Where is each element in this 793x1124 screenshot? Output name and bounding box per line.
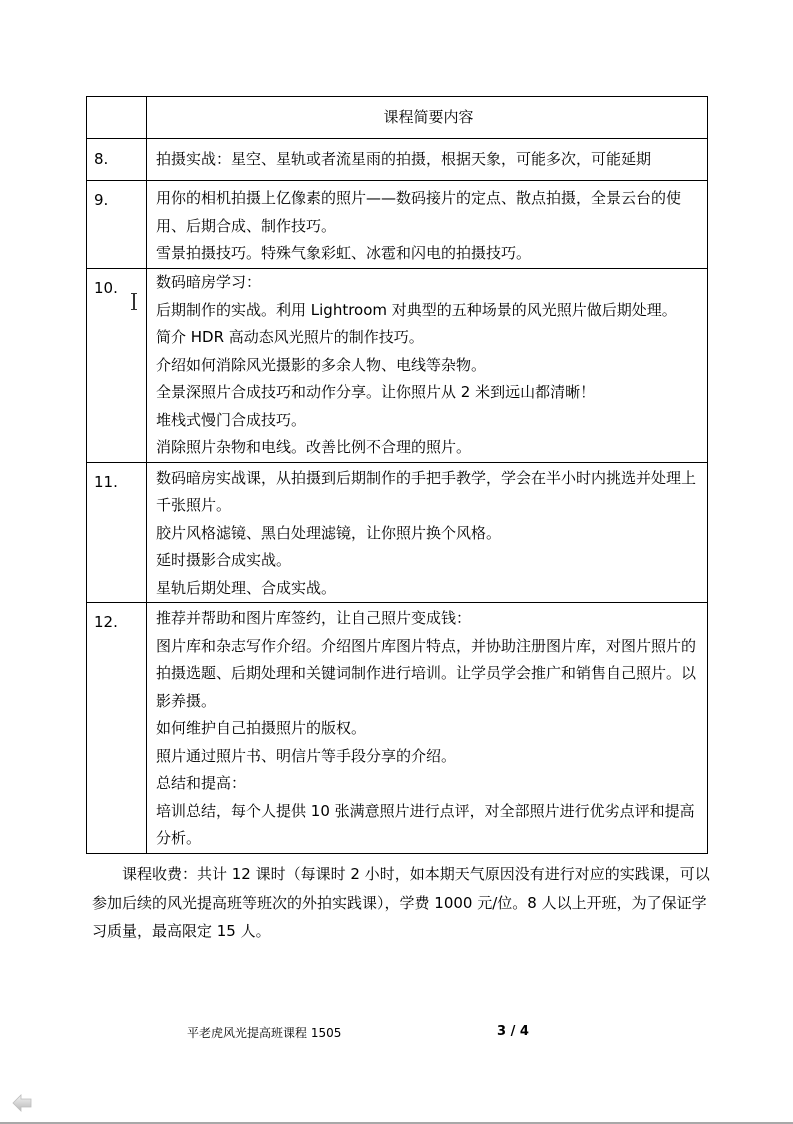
table-row: 8. 拍摄实战：星空、星轨或者流星雨的拍摄，根据天象，可能多次，可能延期 xyxy=(87,139,708,181)
content-line: 堆栈式慢门合成技巧。 xyxy=(156,407,701,435)
content-line: 延时摄影合成实战。 xyxy=(156,547,701,575)
page-indicator: 3 / 4 xyxy=(497,1024,529,1039)
row-content: 拍摄实战：星空、星轨或者流星雨的拍摄，根据天象，可能多次，可能延期 xyxy=(147,139,708,181)
content-line: 简介 HDR 高动态风光照片的制作技巧。 xyxy=(156,324,701,352)
content-line: 数码暗房实战课，从拍摄到后期制作的手把手教学，学会在半小时内挑选并处理上千张照片… xyxy=(156,465,701,520)
content-line: 星轨后期处理、合成实战。 xyxy=(156,575,701,603)
table-row: 9. 用你的相机拍摄上亿像素的照片——数码接片的定点、散点拍摄，全景云台的使用、… xyxy=(87,181,708,269)
table-row: 11. 数码暗房实战课，从拍摄到后期制作的手把手教学，学会在半小时内挑选并处理上… xyxy=(87,462,708,603)
document-page: 课程简要内容 8. 拍摄实战：星空、星轨或者流星雨的拍摄，根据天象，可能多次，可… xyxy=(0,0,793,1124)
row-number: 9. xyxy=(87,181,147,269)
row-content: 数码暗房学习： 后期制作的实战。利用 Lightroom 对典型的五种场景的风光… xyxy=(147,269,708,463)
content-line: 数码暗房学习： xyxy=(156,269,701,297)
content-line: 总结和提高： xyxy=(156,770,701,798)
row-number: 11. xyxy=(87,462,147,603)
table-row: 12. 推荐并帮助和图片库签约，让自己照片变成钱： 图片库和杂志写作介绍。介绍图… xyxy=(87,603,708,854)
text-cursor-icon xyxy=(131,293,137,310)
content-line: 培训总结，每个人提供 10 张满意照片进行点评，对全部照片进行优劣点评和提高分析… xyxy=(156,798,701,853)
row-number: 8. xyxy=(87,139,147,181)
content-line: 用你的相机拍摄上亿像素的照片——数码接片的定点、散点拍摄，全景云台的使用、后期合… xyxy=(156,185,701,240)
content-line: 胶片风格滤镜、黑白处理滤镜，让你照片换个风格。 xyxy=(156,520,701,548)
content-line: 全景深照片合成技巧和动作分享。让你照片从 2 米到远山都清晰！ xyxy=(156,379,701,407)
content-line: 推荐并帮助和图片库签约，让自己照片变成钱： xyxy=(156,605,701,633)
content-line: 后期制作的实战。利用 Lightroom 对典型的五种场景的风光照片做后期处理。 xyxy=(156,297,701,325)
course-table: 课程简要内容 8. 拍摄实战：星空、星轨或者流星雨的拍摄，根据天象，可能多次，可… xyxy=(86,96,708,854)
row-number: 10. xyxy=(87,269,147,463)
content-line: 消除照片杂物和电线。改善比例不合理的照片。 xyxy=(156,434,701,462)
fee-paragraph: 课程收费：共计 12 课时（每课时 2 小时，如本期天气原因没有进行对应的实践课… xyxy=(92,860,712,946)
header-content-cell: 课程简要内容 xyxy=(147,97,708,139)
back-arrow-icon[interactable] xyxy=(12,1094,32,1112)
row-content: 推荐并帮助和图片库签约，让自己照片变成钱： 图片库和杂志写作介绍。介绍图片库图片… xyxy=(147,603,708,854)
content-line: 如何维护自己拍摄照片的版权。 xyxy=(156,715,701,743)
content-line: 照片通过照片书、明信片等手段分享的介绍。 xyxy=(156,743,701,771)
row-number: 12. xyxy=(87,603,147,854)
row-content: 数码暗房实战课，从拍摄到后期制作的手把手教学，学会在半小时内挑选并处理上千张照片… xyxy=(147,462,708,603)
content-line: 介绍如何消除风光摄影的多余人物、电线等杂物。 xyxy=(156,352,701,380)
table-header-row: 课程简要内容 xyxy=(87,97,708,139)
footer-title: 平老虎风光提高班课程 1505 xyxy=(187,1024,341,1041)
table-row: 10. 数码暗房学习： 后期制作的实战。利用 Lightroom 对典型的五种场… xyxy=(87,269,708,463)
content-line: 拍摄实战：星空、星轨或者流星雨的拍摄，根据天象，可能多次，可能延期 xyxy=(156,139,701,174)
row-content: 用你的相机拍摄上亿像素的照片——数码接片的定点、散点拍摄，全景云台的使用、后期合… xyxy=(147,181,708,269)
content-line: 雪景拍摄技巧。特殊气象彩虹、冰雹和闪电的拍摄技巧。 xyxy=(156,240,701,268)
header-num-cell xyxy=(87,97,147,139)
content-line: 图片库和杂志写作介绍。介绍图片库图片特点，并协助注册图片库，对图片照片的拍摄选题… xyxy=(156,633,701,716)
